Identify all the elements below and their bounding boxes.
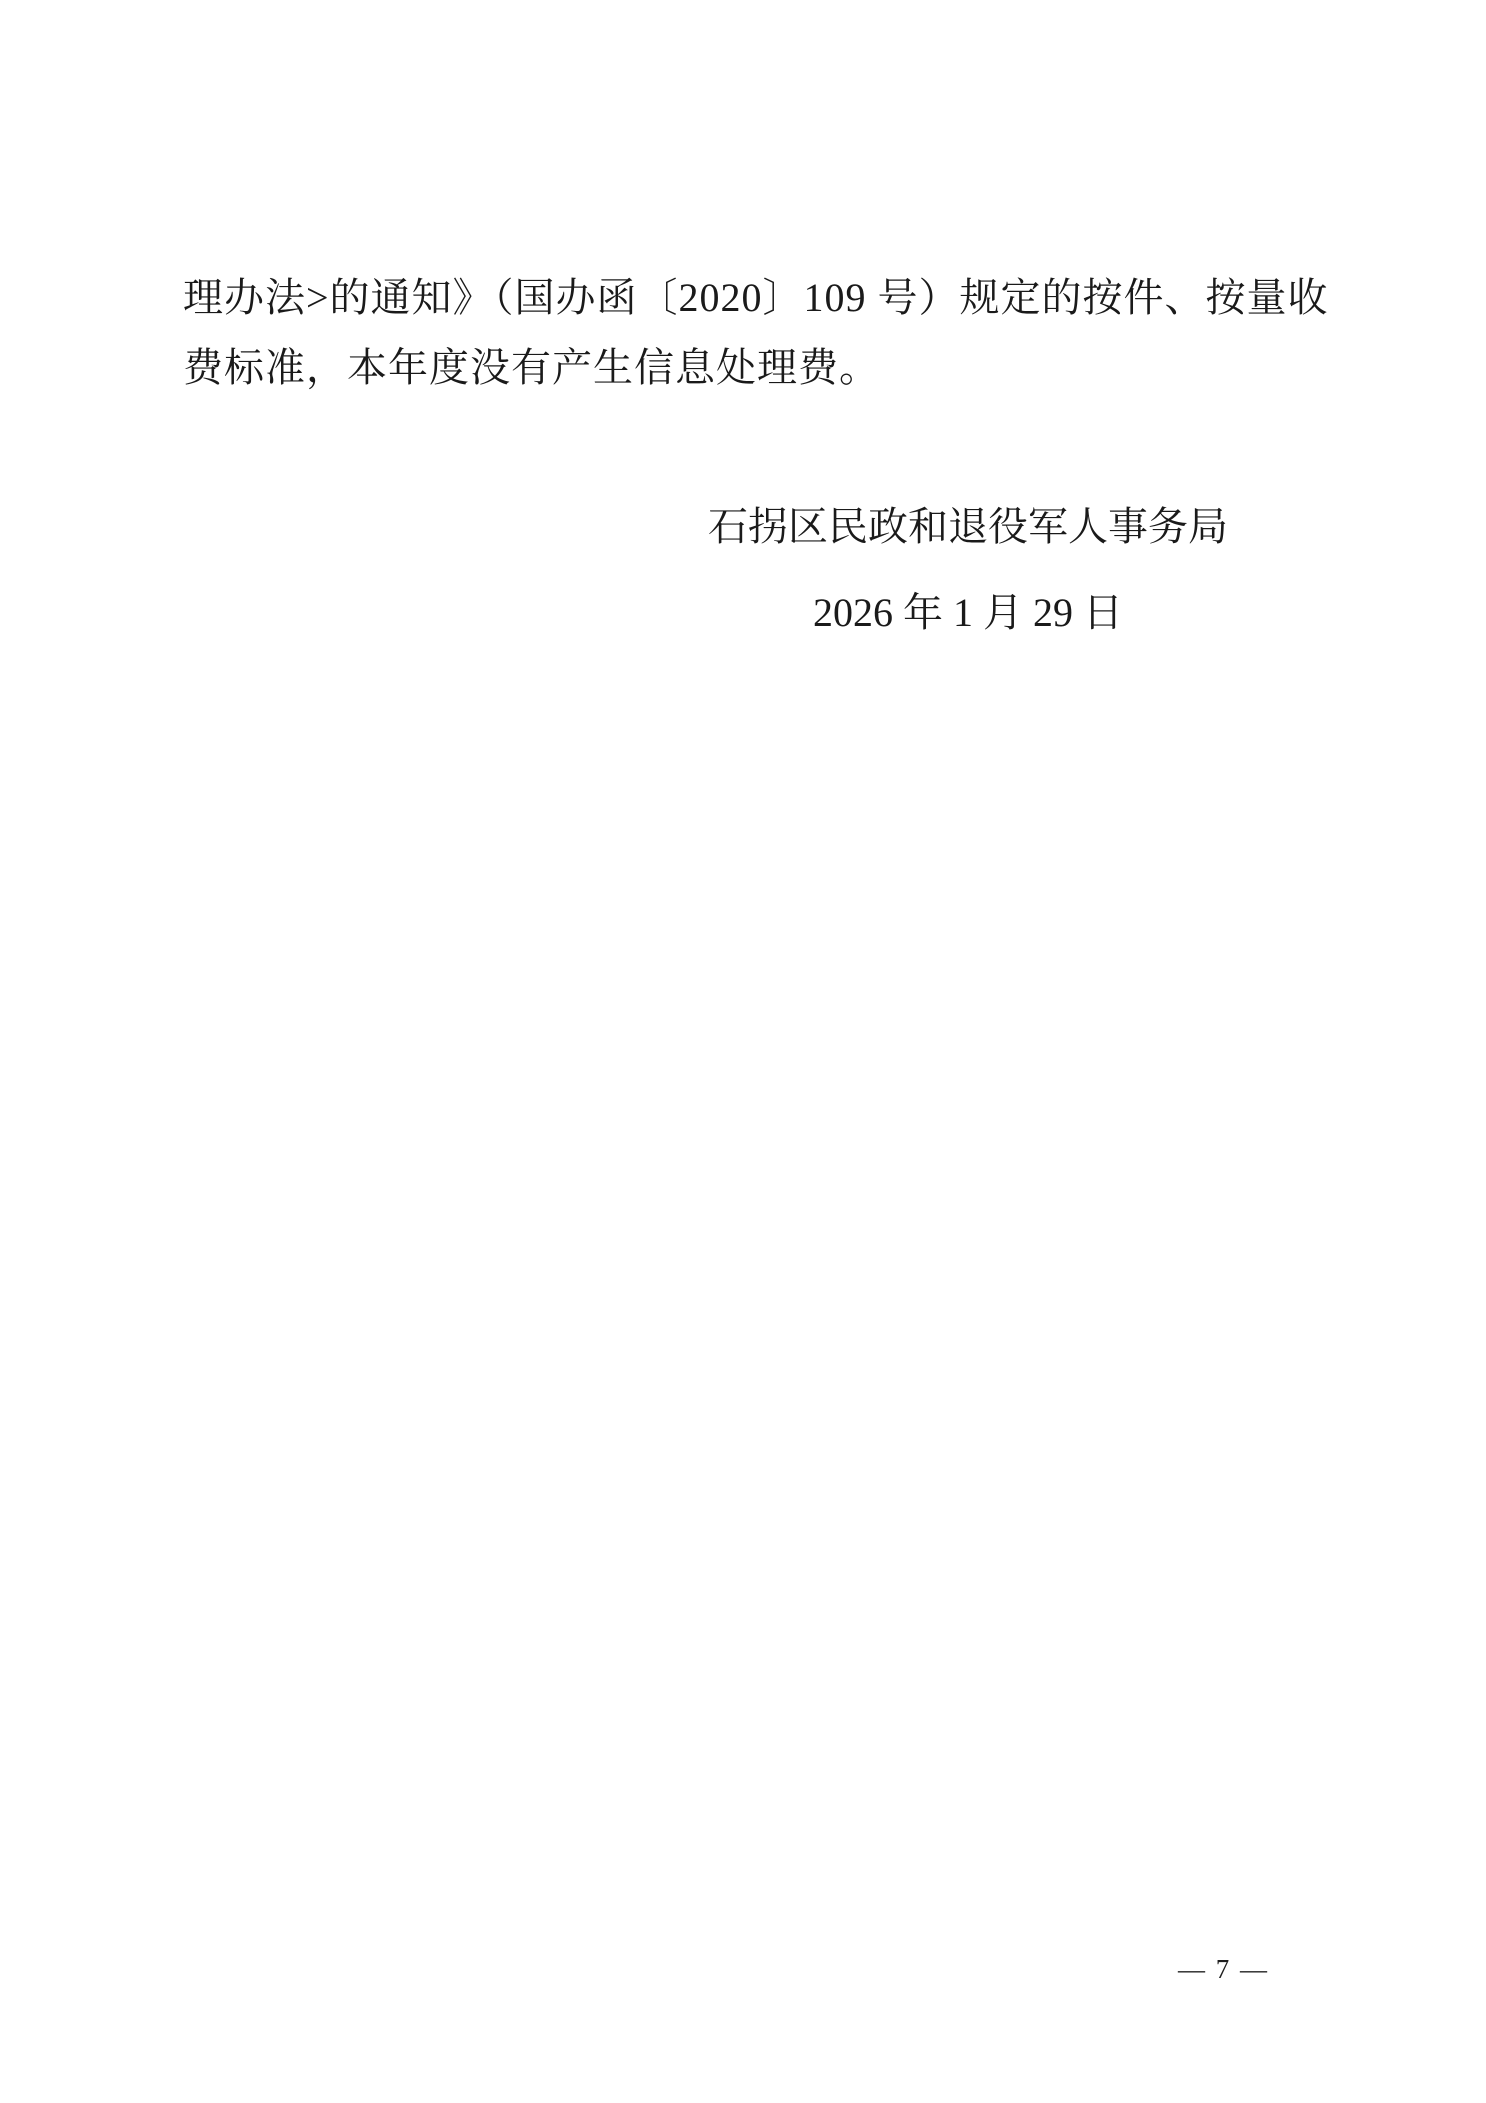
page-number: — 7 — — [1178, 1952, 1269, 1986]
signature-block: 石拐区民政和退役军人事务局 2026 年 1 月 29 日 — [690, 500, 1246, 640]
paragraph-line-2: 费标准，本年度没有产生信息处理费。 — [183, 333, 1333, 403]
paragraph-line-1: 理办法>的通知》（国办函〔2020〕109 号）规定的按件、按量收 — [183, 263, 1333, 333]
signature-agency-name: 石拐区民政和退役军人事务局 — [690, 500, 1246, 554]
body-paragraph: 理办法>的通知》（国办函〔2020〕109 号）规定的按件、按量收 费标准，本年… — [183, 263, 1333, 403]
document-page: 理办法>的通知》（国办函〔2020〕109 号）规定的按件、按量收 费标准，本年… — [0, 0, 1486, 2103]
signature-date: 2026 年 1 月 29 日 — [690, 586, 1246, 640]
